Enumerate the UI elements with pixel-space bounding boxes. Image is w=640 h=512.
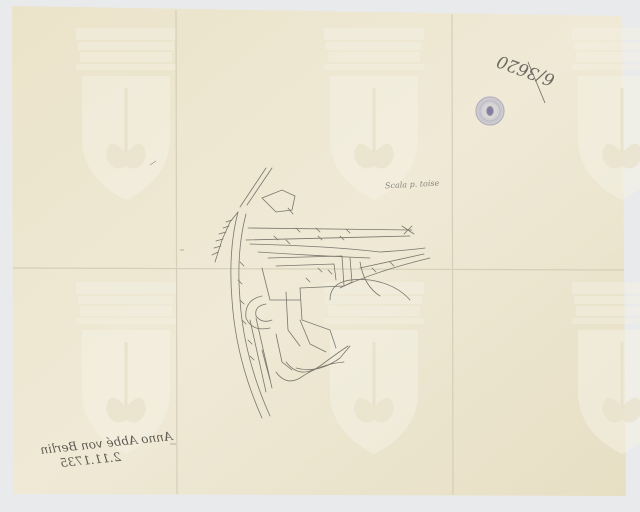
scanned-sheet: 6/3620 Scala p. toise Anno Abbé von Berl… — [0, 0, 640, 512]
archive-stamp — [475, 96, 505, 126]
